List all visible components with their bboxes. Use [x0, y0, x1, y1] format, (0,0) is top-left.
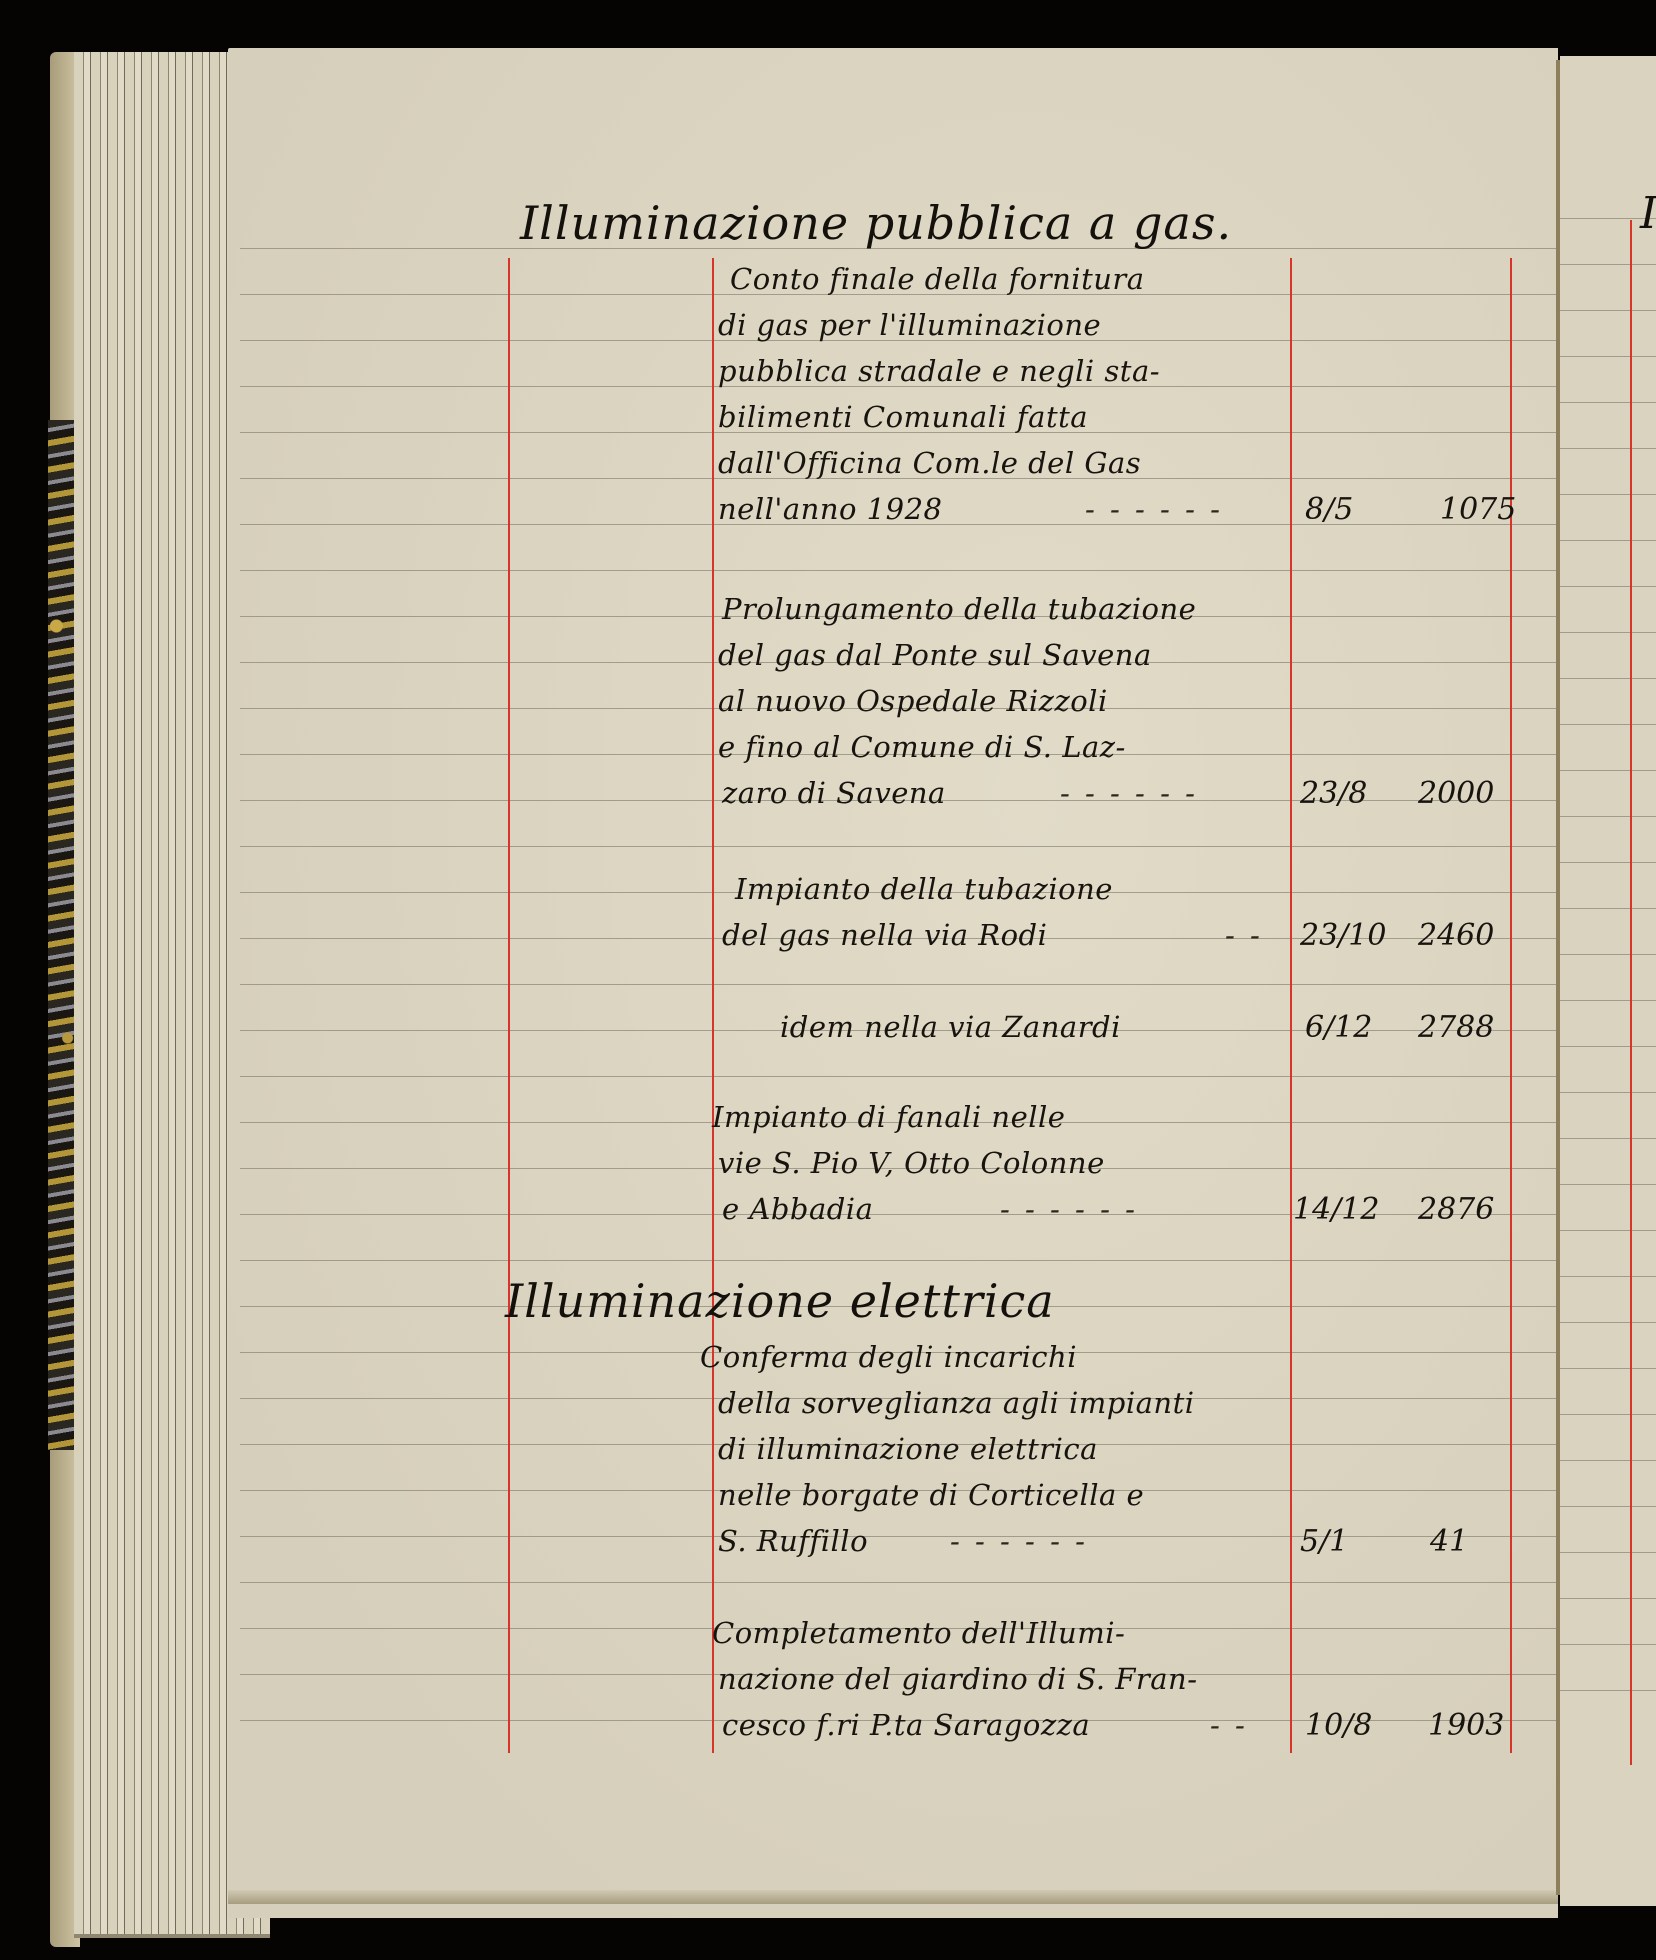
facing-page-initial: I — [1640, 188, 1656, 239]
facing-ruled-line — [1560, 494, 1656, 495]
entry-line: Prolungamento della tubazione — [722, 592, 1196, 626]
dash-filler: - - - - - - — [1060, 776, 1198, 810]
facing-ruled-line — [1560, 1322, 1656, 1323]
entry-line: Impianto di fanali nelle — [712, 1100, 1065, 1134]
marbled-binding — [48, 420, 76, 1450]
facing-page-red-line — [1630, 220, 1632, 1765]
entry-date: 14/12 — [1293, 1192, 1379, 1227]
facing-ruled-line — [1560, 862, 1656, 863]
ruled-line — [240, 1582, 1556, 1583]
red-date-line — [1290, 258, 1292, 1753]
facing-ruled-line — [1560, 1506, 1656, 1507]
dash-filler: - - - - - - — [1000, 1192, 1138, 1226]
facing-ruled-line — [1560, 954, 1656, 955]
facing-ruled-line — [1560, 356, 1656, 357]
facing-ruled-line — [1560, 448, 1656, 449]
facing-ruled-line — [1560, 586, 1656, 587]
entry-line: nelle borgate di Corticella e — [718, 1478, 1144, 1512]
facing-ruled-line — [1560, 770, 1656, 771]
entry-line: dall'Officina Com.le del Gas — [718, 446, 1141, 480]
facing-ruled-line — [1560, 1046, 1656, 1047]
entry-line: al nuovo Ospedale Rizzoli — [718, 684, 1108, 718]
dash-filler: - - — [1210, 1708, 1248, 1742]
facing-ruled-line — [1560, 1092, 1656, 1093]
facing-ruled-line — [1560, 678, 1656, 679]
entry-line: di illuminazione elettrica — [718, 1432, 1098, 1466]
facing-ruled-line — [1560, 1644, 1656, 1645]
facing-ruled-line — [1560, 1184, 1656, 1185]
red-margin-line — [508, 258, 510, 1753]
entry-line: del gas dal Ponte sul Savena — [718, 638, 1152, 672]
entry-line: Conto finale della fornitura — [730, 262, 1145, 296]
facing-ruled-line — [1560, 540, 1656, 541]
facing-ruled-line — [1560, 1230, 1656, 1231]
entry-number: 41 — [1430, 1524, 1468, 1559]
entry-line: e Abbadia — [722, 1192, 873, 1226]
facing-ruled-line — [1560, 1552, 1656, 1553]
ruled-line — [240, 1260, 1556, 1261]
entry-date: 5/1 — [1300, 1524, 1348, 1559]
facing-ruled-line — [1560, 1598, 1656, 1599]
red-number-line — [1510, 258, 1512, 1753]
ruled-line — [240, 570, 1556, 571]
section-heading-gas: Illuminazione pubblica a gas. — [520, 196, 1232, 250]
facing-ruled-line — [1560, 1460, 1656, 1461]
entry-line: zaro di Savena — [722, 776, 946, 810]
dash-filler: - - — [1225, 918, 1263, 952]
facing-ruled-line — [1560, 908, 1656, 909]
facing-ruled-line — [1560, 1138, 1656, 1139]
entry-line: Completamento dell'Illumi- — [712, 1616, 1125, 1650]
facing-ruled-line — [1560, 1414, 1656, 1415]
facing-ruled-line — [1560, 1690, 1656, 1691]
ruled-line — [240, 846, 1556, 847]
entry-line: di gas per l'illuminazione — [718, 308, 1101, 342]
entry-line: nazione del giardino di S. Fran- — [718, 1662, 1198, 1696]
entry-line: nell'anno 1928 — [718, 492, 943, 526]
entry-line: e fino al Comune di S. Laz- — [718, 730, 1126, 764]
entry-number: 1075 — [1440, 492, 1516, 527]
entry-number: 1903 — [1428, 1708, 1504, 1743]
entry-line: vie S. Pio V, Otto Colonne — [718, 1146, 1105, 1180]
ruled-line — [240, 984, 1556, 985]
entry-number: 2876 — [1418, 1192, 1494, 1227]
ruled-line — [240, 1076, 1556, 1077]
entry-date: 8/5 — [1305, 492, 1353, 527]
facing-ruled-line — [1560, 1368, 1656, 1369]
entry-line: della sorveglianza agli impianti — [718, 1386, 1195, 1420]
entry-line: del gas nella via Rodi — [722, 918, 1047, 952]
facing-page — [1560, 56, 1656, 1906]
dash-filler: - - - - - - — [950, 1524, 1088, 1558]
entry-date: 10/8 — [1305, 1708, 1372, 1743]
entry-date: 6/12 — [1305, 1010, 1372, 1045]
entry-number: 2788 — [1418, 1010, 1494, 1045]
facing-ruled-line — [1560, 632, 1656, 633]
entry-line: pubblica stradale e negli sta- — [718, 354, 1160, 388]
ruled-line — [240, 1536, 1556, 1537]
facing-ruled-line — [1560, 1276, 1656, 1277]
entry-line: bilimenti Comunali fatta — [718, 400, 1088, 434]
entry-line: Impianto della tubazione — [735, 872, 1113, 906]
red-description-line — [712, 258, 714, 1753]
facing-ruled-line — [1560, 816, 1656, 817]
entry-number: 2000 — [1418, 776, 1494, 811]
entry-line: Conferma degli incarichi — [700, 1340, 1077, 1374]
entry-date: 23/10 — [1300, 918, 1386, 953]
facing-ruled-line — [1560, 310, 1656, 311]
book-gutter — [1556, 60, 1560, 1895]
entry-line: S. Ruffillo — [718, 1524, 868, 1558]
facing-ruled-line — [1560, 1000, 1656, 1001]
section-heading-electric: Illuminazione elettrica — [505, 1274, 1055, 1328]
entry-number: 2460 — [1418, 918, 1494, 953]
entry-line: idem nella via Zanardi — [780, 1010, 1121, 1044]
facing-ruled-line — [1560, 724, 1656, 725]
page-bottom-edge — [228, 1890, 1558, 1904]
entry-date: 23/8 — [1300, 776, 1367, 811]
facing-ruled-line — [1560, 402, 1656, 403]
dash-filler: - - - - - - — [1085, 492, 1223, 526]
facing-ruled-line — [1560, 264, 1656, 265]
entry-line: cesco f.ri P.ta Saragozza — [722, 1708, 1090, 1742]
